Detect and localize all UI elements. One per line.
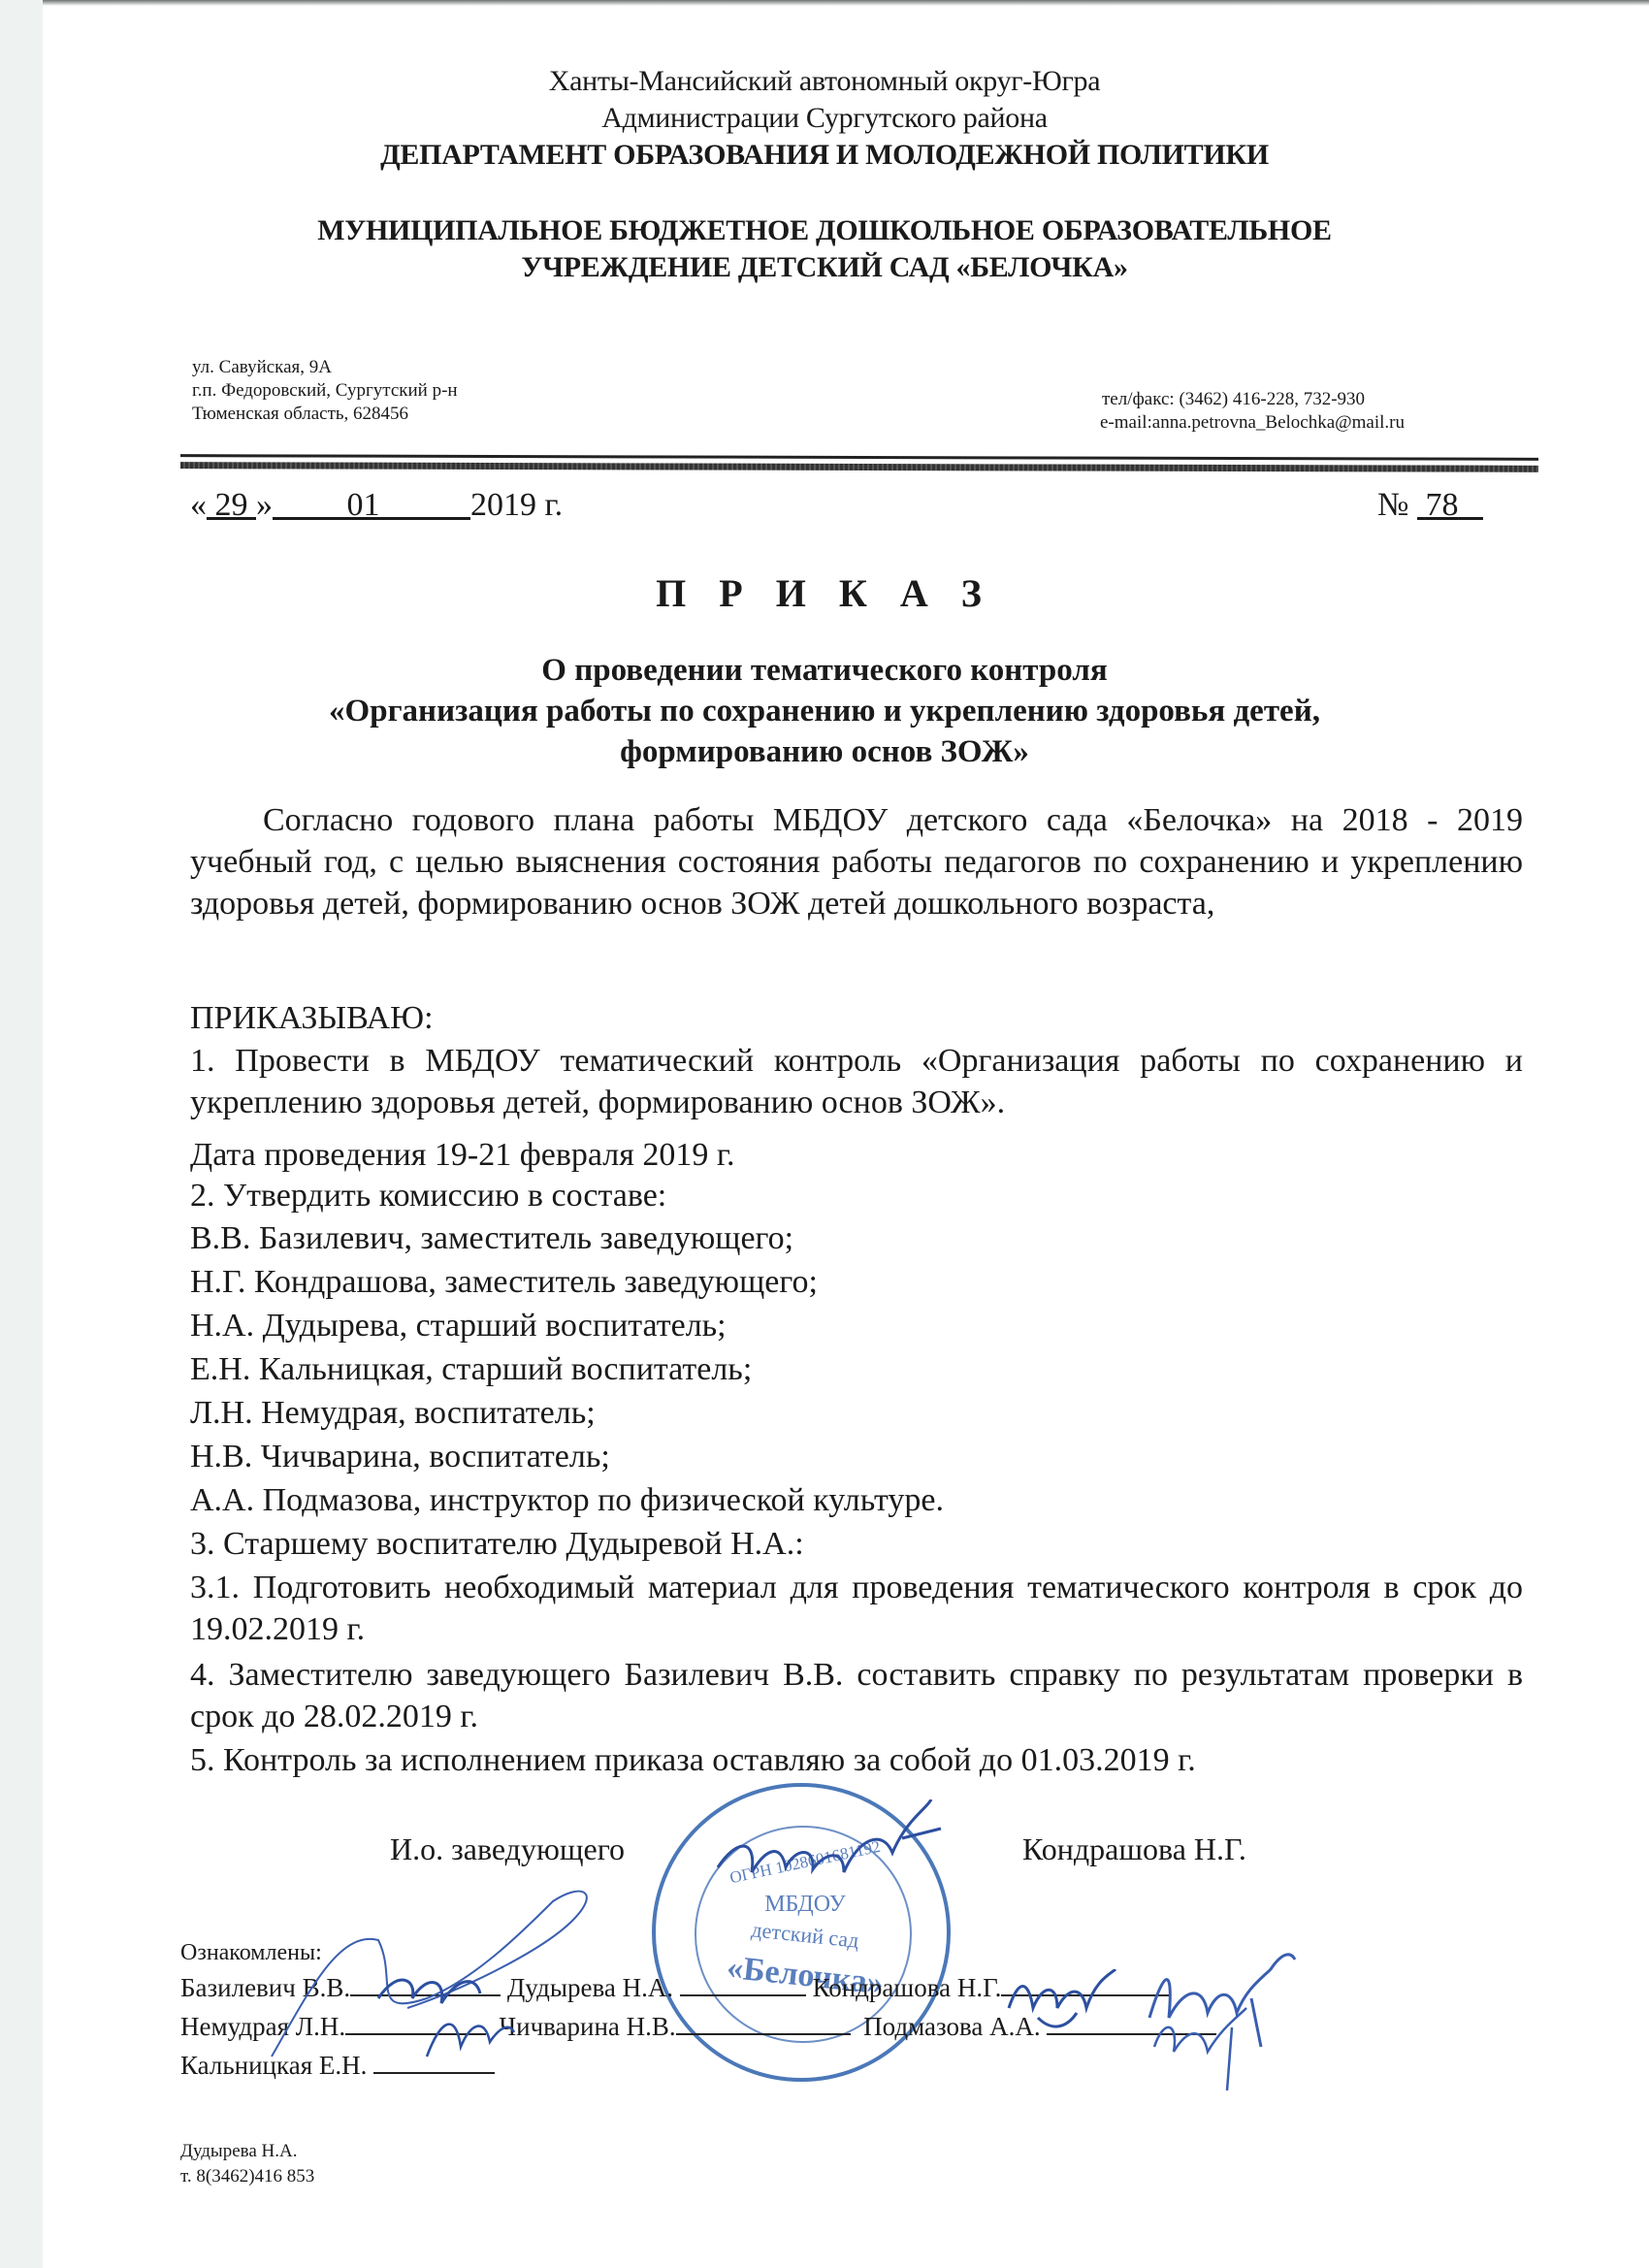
header-divider-thin: [180, 454, 1538, 461]
commission-member: Н.В. Чичварина, воспитатель;: [190, 1438, 610, 1476]
department-name: ДЕПАРТАМЕНТ ОБРАЗОВАНИЯ И МОЛОДЕЖНОЙ ПОЛ…: [0, 138, 1649, 173]
number-sign: №: [1377, 487, 1408, 523]
commission-member: В.В. Базилевич, заместитель заведующего;: [190, 1219, 793, 1258]
order-month: 01: [273, 487, 470, 523]
region-name: Ханты-Мансийский автономный округ-Югра: [0, 64, 1649, 99]
order-item-4: 4. Заместителю заведующего Базилевич В.В…: [190, 1654, 1523, 1737]
head-signature: [698, 1799, 951, 1906]
address-town: г.п. Федоровский, Сургутский р-н: [192, 379, 458, 402]
date-close-quote: »: [256, 487, 273, 523]
organization-name-line1: МУНИЦИПАЛЬНОЕ БЮДЖЕТНОЕ ДОШКОЛЬНОЕ ОБРАЗ…: [0, 213, 1649, 248]
header-divider-thick: [180, 462, 1538, 472]
signature-nemudraya: [417, 1998, 533, 2066]
date-open-quote: «: [190, 487, 207, 523]
order-item-5: 5. Контроль за исполнением приказа остав…: [190, 1741, 1196, 1780]
subject-line2: «Организация работы по сохранению и укре…: [0, 691, 1649, 731]
address-street: ул. Савуйская, 9А: [192, 356, 332, 378]
preamble-paragraph: Согласно годового плана работы МБДОУ дет…: [190, 799, 1523, 924]
order-date: « 29 » 01 2019 г.: [190, 487, 563, 524]
scan-top-edge: [43, 0, 1649, 6]
commission-member: Е.Н. Кальницкая, старший воспитатель;: [190, 1350, 752, 1389]
commission-member: Л.Н. Немудрая, воспитатель;: [190, 1394, 596, 1433]
contact-email: e-mail:anna.petrovna_Belochka@mail.ru: [1100, 411, 1405, 434]
order-item-date: Дата проведения 19-21 февраля 2019 г.: [190, 1136, 734, 1175]
organization-name-line2: УЧРЕЖДЕНИЕ ДЕТСКИЙ САД «БЕЛОЧКА»: [0, 250, 1649, 285]
commission-member: Н.А. Дудырева, старший воспитатель;: [190, 1307, 727, 1345]
order-item-1: 1. Провести в МБДОУ тематический контрол…: [190, 1040, 1523, 1123]
order-item-3-1: 3.1. Подготовить необходимый материал дл…: [190, 1567, 1523, 1650]
order-item-2: 2. Утвердить комиссию в составе:: [190, 1177, 666, 1215]
ack-person: Кондрашова Н.Г.: [813, 1973, 1002, 2002]
signatory-position: И.о. заведующего: [390, 1831, 625, 1867]
signature-line: [680, 1969, 806, 1996]
order-day: 29: [207, 487, 256, 523]
commission-member: А.А. Подмазова, инструктор по физической…: [190, 1481, 944, 1520]
executor-name: Дудырева Н.А.: [180, 2140, 297, 2163]
subject-line1: О проведении тематического контроля: [0, 650, 1649, 691]
scan-edge: [0, 0, 43, 2268]
order-word: ПРИКАЗЫВАЮ:: [190, 999, 434, 1038]
document-title: П Р И К А З: [0, 570, 1649, 616]
contact-phone: тел/факс: (3462) 416-228, 732-930: [1102, 388, 1365, 410]
order-year: 2019 г.: [470, 487, 563, 523]
signatory-name: Кондрашова Н.Г.: [1022, 1831, 1246, 1867]
order-number-value: 78: [1417, 487, 1483, 523]
signature-podmazova: [1145, 1998, 1261, 2095]
order-item-3: 3. Старшему воспитателю Дудыревой Н.А.:: [190, 1525, 804, 1564]
signature-dudyreva: [999, 1969, 1125, 2037]
executor-phone: т. 8(3462)416 853: [180, 2165, 314, 2188]
signature-line: [676, 2008, 851, 2035]
subject-line3: формированию основ ЗОЖ»: [0, 731, 1649, 772]
administration-name: Администрации Сургутского района: [0, 101, 1649, 136]
order-number: № 78: [1377, 487, 1483, 524]
commission-member: Н.Г. Кондрашова, заместитель заведующего…: [190, 1263, 818, 1302]
address-region: Тюменская область, 628456: [192, 403, 408, 425]
